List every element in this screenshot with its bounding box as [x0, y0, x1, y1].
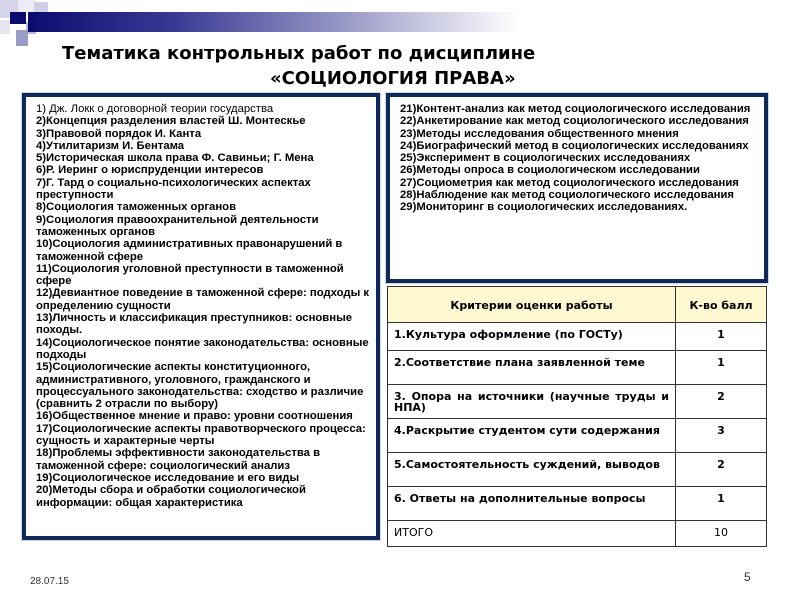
topic-item: 16)Общественное мнение и право: уровни с…	[36, 410, 370, 422]
slide-date: 28.07.15	[30, 576, 69, 587]
criteria-row: 5.Самостоятельность суждений, выводов2	[388, 453, 767, 487]
header-score: К-во балл	[676, 287, 767, 323]
topic-item: 13)Личность и классификация преступников…	[36, 312, 370, 337]
criterion-text: 6. Ответы на дополнительные вопросы	[388, 487, 676, 521]
slide-title-line2: «СОЦИОЛОГИЯ ПРАВА»	[270, 68, 516, 89]
slide-title-line1: Тематика контрольных работ по дисциплине	[62, 43, 535, 64]
criteria-total-row: ИТОГО10	[388, 521, 767, 547]
criterion-text: 1.Культура оформление (по ГОСТу)	[388, 323, 676, 351]
topic-item: 27)Социометрия как метод социологическог…	[400, 177, 758, 189]
criteria-row: 1.Культура оформление (по ГОСТу)1	[388, 323, 767, 351]
criterion-score: 3	[676, 419, 767, 453]
topic-item: 22)Анкетирование как метод социологическ…	[400, 115, 758, 127]
topic-item: 10)Социология административных правонару…	[36, 238, 370, 263]
topic-item: 19)Социологическое исследование и его ви…	[36, 472, 370, 484]
topic-item: 6)Р. Иеринг о юриспруденции интересов	[36, 164, 370, 176]
criterion-score: 1	[676, 351, 767, 385]
decor-square	[10, 12, 26, 24]
topic-item: 15)Социологические аспекты конституционн…	[36, 361, 370, 410]
topic-item: 11)Социология уголовной преступности в т…	[36, 263, 370, 288]
topic-item: 21)Контент-анализ как метод социологичес…	[400, 103, 758, 115]
criteria-row: 4.Раскрытие студентом сути содержания3	[388, 419, 767, 453]
topic-item: 12)Девиантное поведение в таможенной сфе…	[36, 287, 370, 312]
criterion-score: 2	[676, 385, 767, 419]
topic-item: 17)Социологические аспекты правотворческ…	[36, 423, 370, 448]
topic-item: 1) Дж. Локк о договорной теории государс…	[36, 103, 370, 115]
criteria-table-header: Критерии оценки работы К-во балл	[388, 287, 767, 323]
topic-item: 5)Историческая школа права Ф. Савиньи; Г…	[36, 152, 370, 164]
slide-page-number: 5	[744, 570, 751, 584]
topic-item: 8)Социология таможенных органов	[36, 201, 370, 213]
criteria-table: Критерии оценки работы К-во балл 1.Культ…	[387, 286, 767, 547]
topic-item: 23)Методы исследования общественного мне…	[400, 128, 758, 140]
criterion-text: 3. Опора на источники (научные труды и Н…	[388, 385, 676, 419]
topic-item: 3)Правовой порядок И. Канта	[36, 128, 370, 140]
topic-item: 28)Наблюдение как метод социологического…	[400, 189, 758, 201]
topic-item: 9)Социология правоохранительной деятельн…	[36, 214, 370, 239]
topic-item: 25)Эксперимент в социологических исследо…	[400, 152, 758, 164]
header-criteria: Критерии оценки работы	[388, 287, 676, 323]
topic-item: 24)Биографический метод в социологически…	[400, 140, 758, 152]
criteria-row: 6. Ответы на дополнительные вопросы1	[388, 487, 767, 521]
topic-item: 18)Проблемы эффективности законодательст…	[36, 447, 370, 472]
topic-item: 26)Методы опроса в социологическом иссле…	[400, 164, 758, 176]
criteria-row: 2.Соответствие плана заявленной теме1	[388, 351, 767, 385]
topic-item: 2)Концепция разделения властей Ш. Монтес…	[36, 115, 370, 127]
topics-list-right: 21)Контент-анализ как метод социологичес…	[386, 93, 768, 283]
criteria-row: 3. Опора на источники (научные труды и Н…	[388, 385, 767, 419]
decor-square	[0, 20, 10, 34]
topic-item: 20)Методы сбора и обработки социологичес…	[36, 484, 370, 509]
topic-item: 7)Г. Тард о социально-психологических ас…	[36, 177, 370, 202]
criterion-text: 4.Раскрытие студентом сути содержания	[388, 419, 676, 453]
header-gradient-bar	[28, 12, 518, 32]
criterion-score: 2	[676, 453, 767, 487]
total-value: 10	[676, 521, 767, 547]
topic-item: 4)Утилитаризм И. Бентама	[36, 140, 370, 152]
decor-square	[16, 30, 28, 46]
topic-item: 14)Социологическое понятие законодательс…	[36, 337, 370, 362]
criterion-text: 2.Соответствие плана заявленной теме	[388, 351, 676, 385]
criterion-text: 5.Самостоятельность суждений, выводов	[388, 453, 676, 487]
topics-list-left: 1) Дж. Локк о договорной теории государс…	[22, 93, 380, 540]
total-label: ИТОГО	[388, 521, 676, 547]
criterion-score: 1	[676, 323, 767, 351]
criterion-score: 1	[676, 487, 767, 521]
topic-item: 29)Мониторинг в социологических исследов…	[400, 201, 758, 213]
